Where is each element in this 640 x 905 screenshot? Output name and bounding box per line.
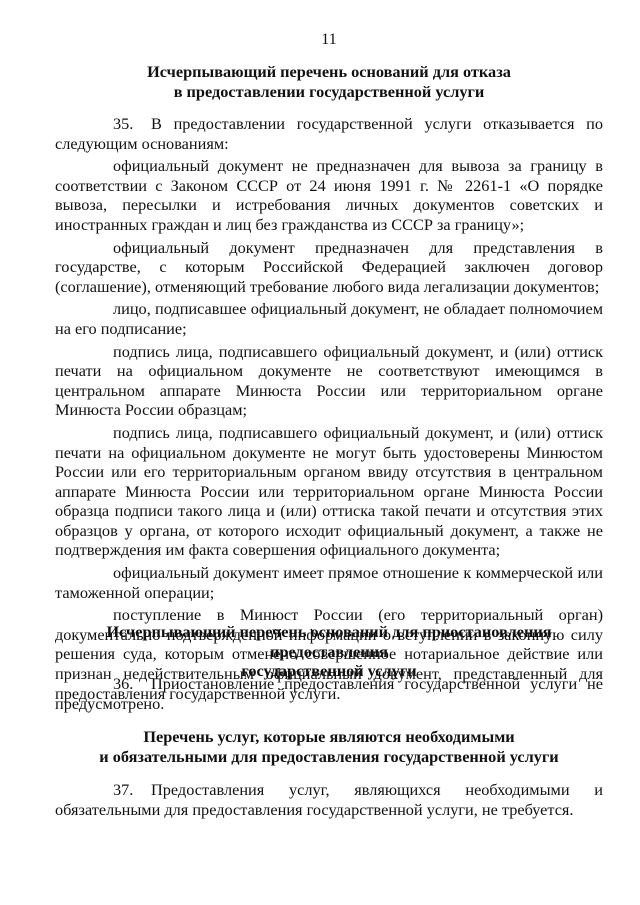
heading-line: Исчерпывающий перечень оснований для при… <box>55 622 603 661</box>
refusal-ground-5: подпись лица, подписавшего официальный д… <box>55 423 603 560</box>
refusal-ground-1: официальный документ не предназначен для… <box>55 156 603 234</box>
section-heading-suspension: Исчерпывающий перечень оснований для при… <box>55 622 603 681</box>
heading-line: в предоставлении государственной услуги <box>55 82 603 102</box>
item-35: 35.В предоставлении государственной услу… <box>55 114 603 153</box>
refusal-ground-3: лицо, подписавшее официальный документ, … <box>55 299 603 338</box>
heading-line: Исчерпывающий перечень оснований для отк… <box>55 62 603 82</box>
refusal-ground-6: официальный документ имеет прямое отноше… <box>55 563 603 602</box>
refusal-ground-2: официальный документ предназначен для пр… <box>55 238 603 297</box>
item-number: 36. <box>113 674 151 694</box>
section-37: 37.Предоставления услуг, являющихся необ… <box>55 780 603 819</box>
section-35: 35.В предоставлении государственной услу… <box>55 114 603 703</box>
section-heading-refusal: Исчерпывающий перечень оснований для отк… <box>55 62 603 101</box>
heading-line: и обязательными для предоставления госуд… <box>55 747 603 767</box>
item-number: 37. <box>113 780 151 800</box>
refusal-ground-4: подпись лица, подписавшего официальный д… <box>55 342 603 420</box>
section-heading-required-services: Перечень услуг, которые являются необход… <box>55 727 603 766</box>
heading-line: Перечень услуг, которые являются необход… <box>55 727 603 747</box>
page-number: 11 <box>55 30 603 50</box>
item-number: 35. <box>113 114 151 134</box>
section-36: 36.Приостановление предоставления госуда… <box>55 674 603 713</box>
item-37: 37.Предоставления услуг, являющихся необ… <box>55 780 603 819</box>
item-36: 36.Приостановление предоставления госуда… <box>55 674 603 713</box>
